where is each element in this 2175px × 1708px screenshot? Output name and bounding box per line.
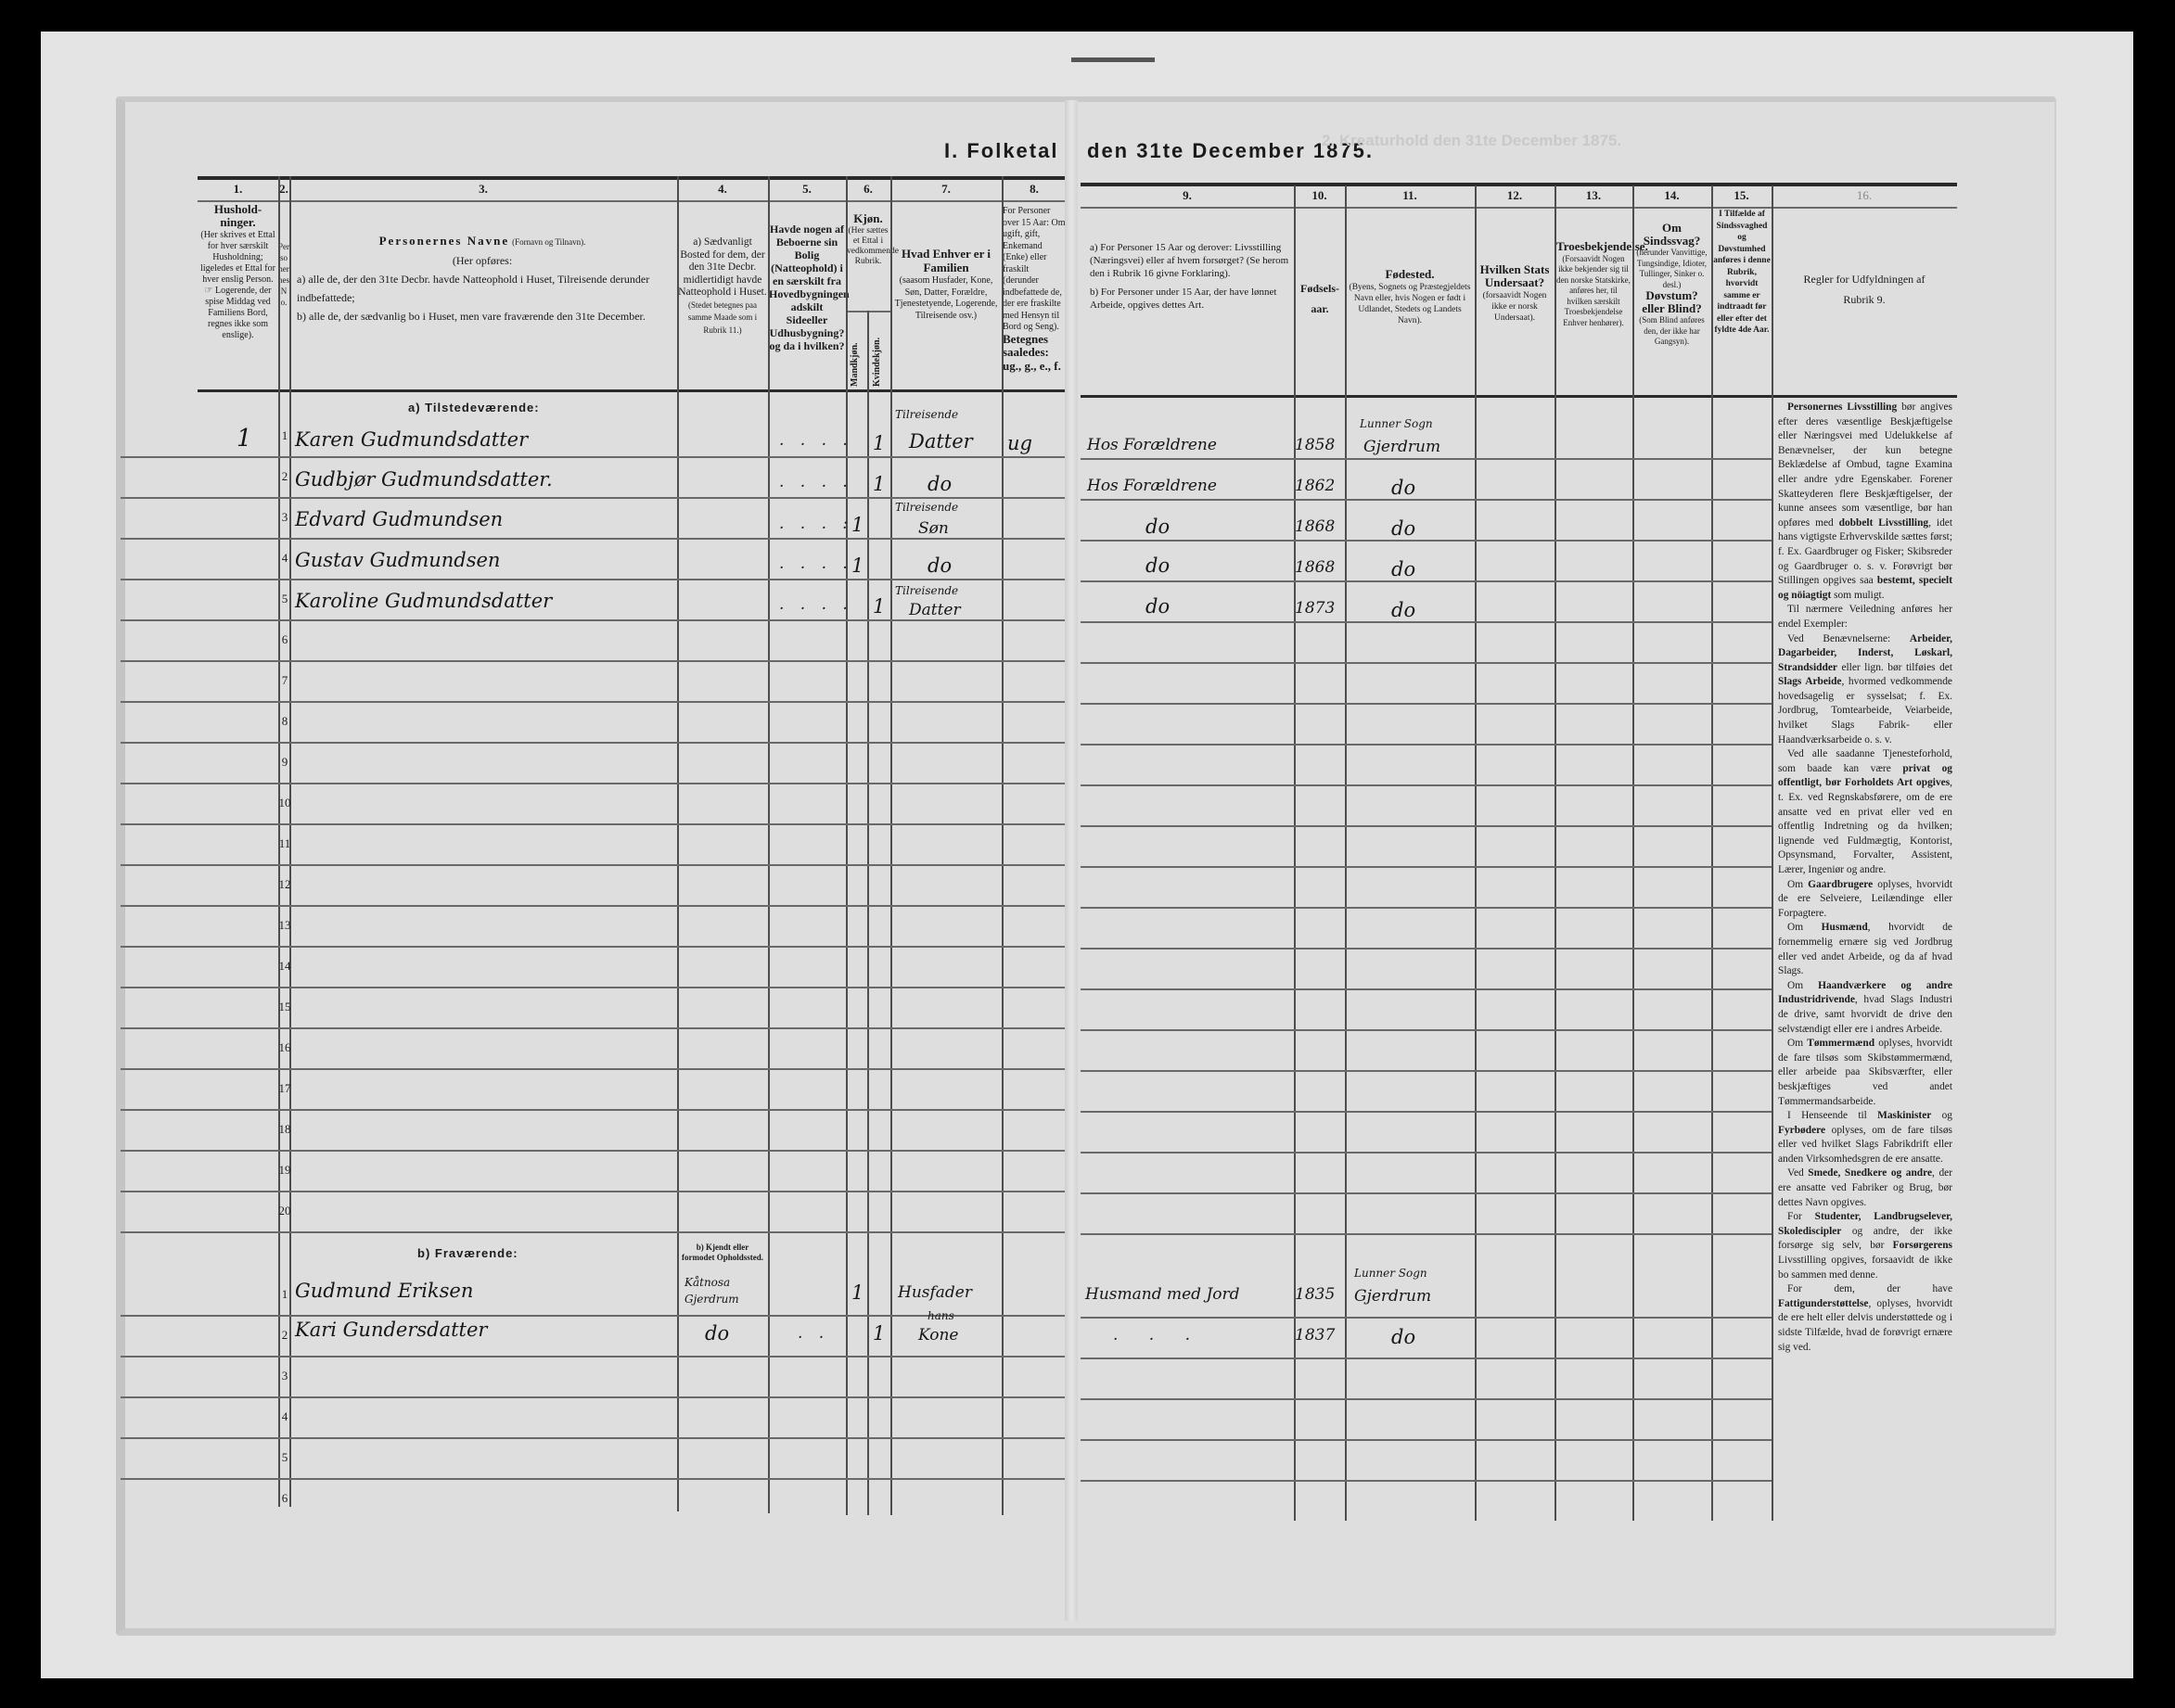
col-divider-12 bbox=[1554, 185, 1556, 1521]
col-divider-6-split bbox=[867, 311, 869, 1515]
row-rule bbox=[1081, 948, 1772, 950]
header-col-15: I Tilfælde af Sindssvaghed og Døvstumhed… bbox=[1713, 209, 1771, 337]
col-num-13: 13. bbox=[1554, 188, 1632, 203]
person-name: Gustav Gudmundsen bbox=[295, 549, 500, 571]
relation-note: Tilreisende bbox=[895, 408, 958, 421]
absent-col4-label: b) Kjendt eller formodet Opholdssted. bbox=[679, 1243, 766, 1262]
row-rule bbox=[1081, 499, 1772, 501]
rules-paragraph: Til nærmere Veiledning anføres her endel… bbox=[1778, 603, 1952, 631]
row-rule bbox=[121, 497, 1065, 499]
row-number: 1 bbox=[278, 428, 291, 443]
row-rule bbox=[121, 1315, 1065, 1317]
row-number: 19 bbox=[278, 1163, 291, 1178]
birth-year: 1835 bbox=[1295, 1285, 1335, 1304]
header-bottom-rule-left bbox=[198, 389, 1065, 392]
person-name: Edvard Gudmundsen bbox=[295, 508, 503, 530]
col-divider-4 bbox=[768, 176, 770, 1513]
occupation: Hos Forældrene bbox=[1087, 477, 1217, 495]
colnum-rule-left bbox=[198, 200, 1065, 202]
header-col-13: Troesbekjendelse. (Forsaavidt Nogen ikke… bbox=[1556, 241, 1631, 328]
male-mark: 1 bbox=[851, 1281, 864, 1304]
header-col-8: For Personer over 15 Aar: Om ugift, gift… bbox=[1003, 206, 1066, 374]
col-num-1: 1. bbox=[198, 182, 278, 197]
row-rule bbox=[121, 538, 1065, 540]
row-rule bbox=[1081, 825, 1772, 827]
birthplace: do bbox=[1391, 558, 1415, 580]
section-present-label: a) Tilstedeværende: bbox=[408, 401, 540, 414]
row-number: 13 bbox=[278, 918, 291, 933]
row-rule bbox=[1081, 866, 1772, 868]
row-number: 16 bbox=[278, 1040, 291, 1055]
header-col-14: Om Sindssvag? (herunder Vanvittige, Tung… bbox=[1634, 223, 1709, 348]
family-relation: Søn bbox=[918, 519, 949, 538]
row-rule bbox=[1081, 784, 1772, 786]
row-rule bbox=[1081, 1439, 1772, 1441]
row-number: 9 bbox=[278, 755, 291, 770]
header-col-16: Regler for Udfyldningen af Rubrik 9. bbox=[1790, 269, 1938, 310]
header-col-5: Havde nogen af Beboerne sin Bolig (Natte… bbox=[769, 223, 845, 352]
page-fold bbox=[1065, 100, 1078, 1621]
rules-paragraph: Om Tømmermænd oplyses, hvorvidt de fare … bbox=[1778, 1037, 1952, 1109]
col5-dots: . . bbox=[798, 1324, 829, 1343]
top-rule-right bbox=[1081, 183, 1957, 186]
occupation: do bbox=[1145, 554, 1170, 577]
row-rule bbox=[121, 864, 1065, 866]
rules-paragraph: Ved Benævnelserne: Arbeider, Dagarbeider… bbox=[1778, 632, 1952, 748]
row-rule bbox=[121, 701, 1065, 703]
person-name: Gudmund Eriksen bbox=[295, 1280, 473, 1302]
row-number: 7 bbox=[278, 673, 291, 688]
row-rule bbox=[1081, 1111, 1772, 1113]
residence-farm: Kåtnosa bbox=[684, 1276, 730, 1289]
row-number: 15 bbox=[278, 1000, 291, 1014]
row-number: 10 bbox=[278, 796, 291, 810]
residence: Gjerdrum bbox=[684, 1293, 739, 1306]
male-mark: 1 bbox=[851, 514, 864, 536]
row-number: 14 bbox=[278, 959, 291, 974]
row-number: 5 bbox=[278, 592, 291, 606]
family-relation: Datter bbox=[909, 430, 973, 452]
row-number: 4 bbox=[278, 1409, 291, 1424]
row-number: 5 bbox=[278, 1450, 291, 1465]
col-num-12: 12. bbox=[1475, 188, 1554, 203]
occupation: do bbox=[1145, 516, 1170, 538]
row-number: 17 bbox=[278, 1081, 291, 1096]
birth-year: 1868 bbox=[1295, 558, 1335, 577]
relation-note: Tilreisende bbox=[895, 584, 958, 597]
birthplace: do bbox=[1391, 477, 1415, 499]
row-rule bbox=[1081, 540, 1772, 542]
row-rule bbox=[1081, 1152, 1772, 1154]
occupation: Hos Forældrene bbox=[1087, 436, 1217, 454]
rules-paragraph: For Studenter, Landbrugselever, Skoledis… bbox=[1778, 1210, 1952, 1282]
birthplace-parish: Lunner Sogn bbox=[1354, 1267, 1427, 1280]
header-col-11: Fødested. (Byens, Sognets og Præstegjeld… bbox=[1347, 269, 1473, 326]
col-divider-3 bbox=[677, 176, 679, 1511]
row-rule bbox=[121, 823, 1065, 825]
header-col-12: Hvilken Stats Undersaat? (forsaavidt Nog… bbox=[1477, 264, 1553, 324]
person-name: Karen Gudmundsdatter bbox=[295, 428, 528, 451]
rules-paragraph: I Henseende til Maskinister og Fyrbødere… bbox=[1778, 1109, 1952, 1166]
col-divider-9 bbox=[1294, 185, 1296, 1521]
birthplace: do bbox=[1391, 517, 1415, 540]
header-col-6-female: Kvindekjøn. bbox=[872, 320, 882, 387]
header-col-3: Personernes Navne (Fornavn og Tilnavn). … bbox=[297, 232, 668, 325]
row-rule bbox=[121, 619, 1065, 621]
bleed-through-title: 2. Kreaturhold den 31te December 1875. bbox=[1322, 132, 1621, 150]
header-col-7: Hvad Enhver er i Familien (saasom Husfad… bbox=[892, 249, 1000, 322]
col-divider-11 bbox=[1475, 185, 1477, 1521]
col-divider-13 bbox=[1632, 185, 1634, 1521]
col-divider-14 bbox=[1711, 185, 1713, 1521]
birth-year: 1868 bbox=[1295, 517, 1335, 536]
scan-artifact bbox=[1071, 57, 1155, 62]
row-rule bbox=[1081, 703, 1772, 705]
col-num-4: 4. bbox=[677, 182, 768, 197]
col-num-9: 9. bbox=[1081, 188, 1294, 203]
rubrik-9-rules-text: Personernes Livsstilling bør angives eft… bbox=[1778, 401, 1952, 1355]
female-mark: 1 bbox=[873, 595, 885, 618]
col-divider-10 bbox=[1345, 185, 1347, 1521]
col-num-10: 10. bbox=[1294, 188, 1345, 203]
row-number: 6 bbox=[278, 632, 291, 647]
col-num-7: 7. bbox=[890, 182, 1002, 197]
row-rule bbox=[121, 742, 1065, 744]
person-name: Gudbjør Gudmundsdatter. bbox=[295, 468, 553, 491]
row-rule bbox=[121, 1396, 1065, 1398]
row-rule bbox=[1081, 744, 1772, 746]
col-num-8: 8. bbox=[1002, 182, 1067, 197]
row-rule bbox=[1081, 1480, 1772, 1482]
birth-year: 1837 bbox=[1295, 1326, 1335, 1345]
residence: do bbox=[705, 1322, 729, 1345]
row-number: 11 bbox=[278, 836, 291, 851]
row-rule bbox=[121, 1478, 1065, 1480]
col-num-15: 15. bbox=[1711, 188, 1772, 203]
family-relation: do bbox=[928, 554, 952, 577]
birth-year: 1862 bbox=[1295, 477, 1335, 495]
row-rule bbox=[121, 783, 1065, 784]
rules-paragraph: Om Husmænd, hvorvidt de fornemmelig ernæ… bbox=[1778, 921, 1952, 978]
col-divider-15 bbox=[1772, 185, 1773, 1521]
row-rule bbox=[1081, 1357, 1772, 1359]
birth-year: 1873 bbox=[1295, 599, 1335, 618]
row-rule bbox=[121, 1437, 1065, 1439]
row-rule bbox=[121, 1191, 1065, 1192]
rules-paragraph: Om Gaardbrugere oplyses, hvorvidt de ere… bbox=[1778, 878, 1952, 922]
row-rule bbox=[121, 946, 1065, 948]
header-col-6-male: Mandkjøn. bbox=[850, 320, 860, 387]
header-col-9: a) For Personer 15 Aar og derover: Livss… bbox=[1090, 241, 1289, 312]
row-rule bbox=[1081, 1070, 1772, 1072]
col-num-14: 14. bbox=[1632, 188, 1711, 203]
row-rule bbox=[121, 1356, 1065, 1357]
female-mark: 1 bbox=[873, 1322, 885, 1345]
occupation: Husmand med Jord bbox=[1085, 1285, 1240, 1304]
rules-paragraph: Ved alle saadanne Tjenesteforhold, som b… bbox=[1778, 747, 1952, 877]
col-num-2: 2. bbox=[278, 182, 289, 197]
row-rule bbox=[121, 905, 1065, 907]
marital-status: ug bbox=[1007, 432, 1032, 454]
rules-paragraph: Ved Smede, Snedkere og andre, der ere an… bbox=[1778, 1166, 1952, 1210]
col-num-3: 3. bbox=[289, 182, 677, 197]
birthplace-parish: Lunner Sogn bbox=[1360, 417, 1433, 430]
col-num-11: 11. bbox=[1345, 188, 1475, 203]
col-num-16: 16. bbox=[1772, 188, 1957, 203]
row-rule bbox=[1081, 1192, 1772, 1194]
col5-dots: . . . . bbox=[779, 554, 853, 573]
birthplace: do bbox=[1391, 1326, 1415, 1348]
occupation: . . . bbox=[1113, 1326, 1203, 1345]
rules-paragraph: Personernes Livsstilling bør angives eft… bbox=[1778, 401, 1952, 603]
occupation: do bbox=[1145, 595, 1170, 618]
birthplace: do bbox=[1391, 599, 1415, 621]
female-mark: 1 bbox=[873, 432, 885, 454]
row-number: 2 bbox=[278, 1328, 291, 1343]
male-mark: 1 bbox=[851, 554, 864, 577]
header-col-10: Fødsels-aar. bbox=[1296, 278, 1344, 319]
col5-dots: . . . : bbox=[779, 515, 853, 533]
row-number: 2 bbox=[278, 469, 291, 484]
header-col-1: Hushold-ninger. (Her skrives et Ettal fo… bbox=[198, 204, 277, 341]
row-number: 18 bbox=[278, 1122, 291, 1137]
rules-paragraph: For dem, der have Fattigunderstøttelse, … bbox=[1778, 1282, 1952, 1355]
row-rule bbox=[1081, 662, 1772, 664]
row-rule bbox=[1081, 1317, 1772, 1319]
col-num-6: 6. bbox=[846, 182, 890, 197]
family-relation: do bbox=[928, 473, 952, 495]
col5-dots: . . . . bbox=[779, 595, 853, 614]
row-rule bbox=[1081, 1233, 1772, 1235]
row-rule bbox=[1081, 1398, 1772, 1400]
row-number: 12 bbox=[278, 877, 291, 892]
row-rule bbox=[1081, 988, 1772, 990]
family-relation: Datter bbox=[909, 601, 961, 619]
row-number: 4 bbox=[278, 551, 291, 566]
col5-dots: . . . . bbox=[779, 431, 853, 450]
form-title-left: I. Folketal bbox=[944, 139, 1058, 163]
row-rule bbox=[121, 1068, 1065, 1070]
row-rule bbox=[1081, 580, 1772, 582]
row-rule bbox=[1081, 458, 1772, 460]
row-rule bbox=[121, 1027, 1065, 1029]
row-rule bbox=[121, 579, 1065, 580]
row-rule bbox=[121, 1231, 1065, 1233]
header-col-6: Kjøn. (Her sættes et Ettal i vedkommende… bbox=[847, 213, 889, 267]
row-rule bbox=[121, 1150, 1065, 1152]
row-number: 6 bbox=[278, 1491, 291, 1506]
relation-note: Tilreisende bbox=[895, 501, 958, 514]
female-mark: 1 bbox=[873, 473, 885, 495]
family-relation: Husfader bbox=[898, 1283, 972, 1302]
row-rule bbox=[121, 987, 1065, 988]
header-bottom-rule-right bbox=[1081, 395, 1957, 398]
row-rule bbox=[1081, 1029, 1772, 1031]
section-absent-label: b) Fraværende: bbox=[417, 1246, 518, 1260]
row-number: 1 bbox=[278, 1287, 291, 1302]
person-name: Kari Gundersdatter bbox=[295, 1319, 487, 1341]
colnum-rule-right bbox=[1081, 207, 1957, 209]
person-name: Karoline Gudmundsdatter bbox=[295, 590, 552, 612]
col-num-5: 5. bbox=[768, 182, 846, 197]
row-rule bbox=[121, 660, 1065, 662]
birthplace: Gjerdrum bbox=[1354, 1287, 1431, 1306]
col5-dots: . . . . bbox=[779, 473, 853, 491]
row-rule bbox=[121, 1109, 1065, 1111]
row-rule bbox=[121, 456, 1065, 458]
top-rule-left bbox=[198, 176, 1065, 180]
birthplace: Gjerdrum bbox=[1363, 438, 1440, 456]
header-col-2: Personernes No. bbox=[278, 241, 289, 308]
family-relation: Kone bbox=[918, 1326, 959, 1345]
row-rule bbox=[1081, 907, 1772, 909]
row-number: 8 bbox=[278, 714, 291, 729]
rules-paragraph: Om Haandværkere og andre Industridrivend… bbox=[1778, 979, 1952, 1037]
relation-note: hans bbox=[928, 1309, 954, 1322]
row-rule bbox=[1081, 621, 1772, 623]
row-number: 3 bbox=[278, 1369, 291, 1383]
row-number: 20 bbox=[278, 1204, 291, 1218]
household-count: 1 bbox=[237, 425, 252, 452]
header-col-4: a) Sædvanligt Bosted for dem, der den 31… bbox=[678, 236, 767, 337]
birth-year: 1858 bbox=[1295, 436, 1335, 454]
row-number: 3 bbox=[278, 510, 291, 525]
